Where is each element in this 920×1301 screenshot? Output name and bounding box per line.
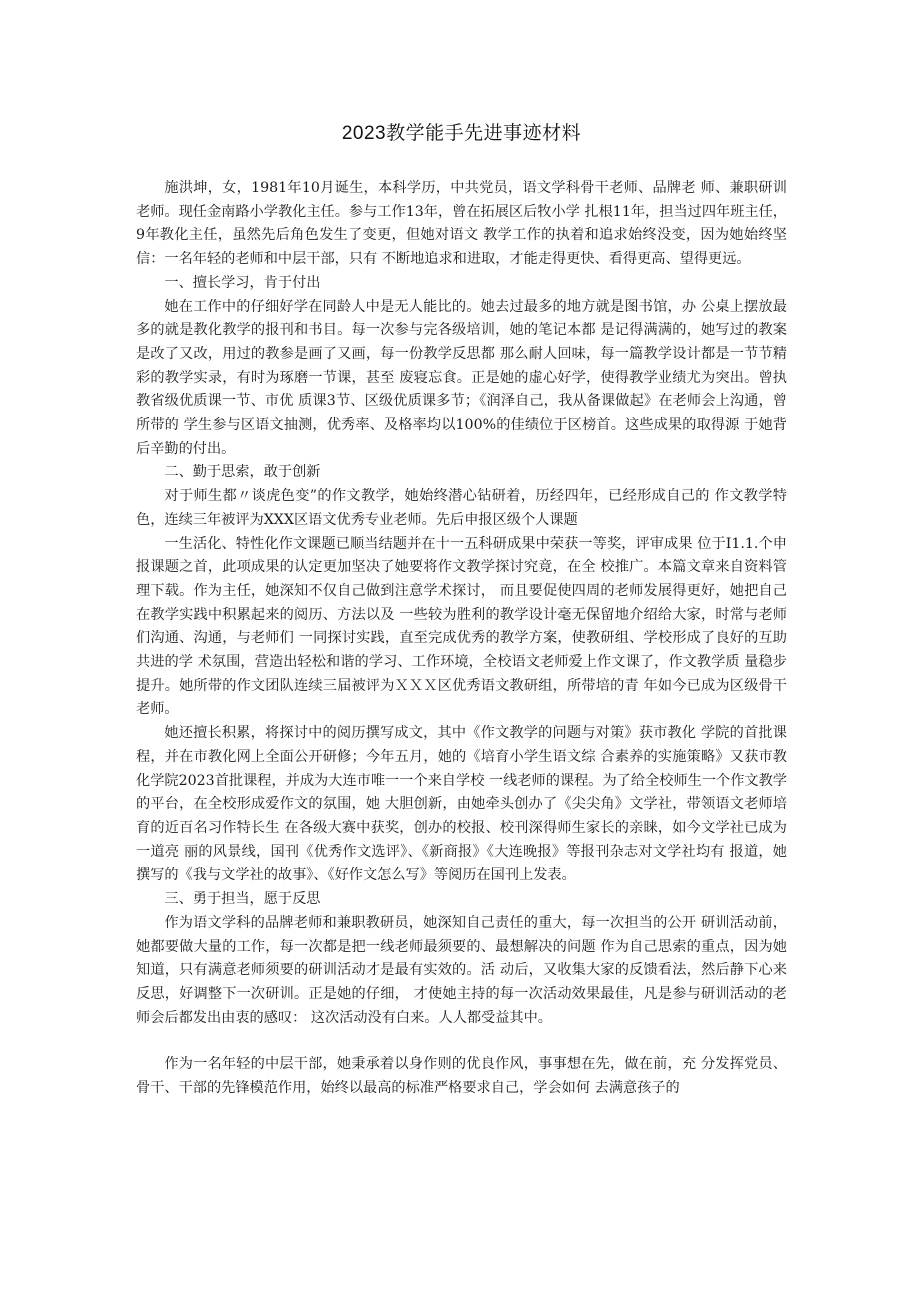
section-heading-2: 二、勤于思索，敢于创新 [136, 461, 787, 485]
paragraph-research: 一生活化、特性化作文课题已顺当结题并在十一五科研成果中荣获一等奖，评审成果 位于… [136, 533, 787, 723]
paragraph-intro: 施洪坤，女，1981年10月诞生，本科学历，中共党员，语文学科骨干老师、品牌老 … [136, 177, 787, 272]
paragraph-gap [136, 1030, 787, 1053]
paragraph-reflection: 作为语文学科的品牌老师和兼职教研员，她深知自己责任的重大，每一次担当的公开 研训… [136, 912, 787, 1031]
paragraph-writing: 她还擅长积累，将探讨中的阅历撰写成文，其中《作文教学的问题与对策》获市教化 学院… [136, 722, 787, 888]
document-title: 2023教学能手先进事迹材料 [136, 118, 787, 145]
section-heading-3: 三、勇于担当，愿于反思 [136, 888, 787, 912]
paragraph-study: 她在工作中的仔细好学在同龄人中是无人能比的。她去过最多的地方就是图书馆，办 公桌… [136, 296, 787, 462]
section-heading-1: 一、擅长学习，肯于付出 [136, 272, 787, 296]
document-body: 施洪坤，女，1981年10月诞生，本科学历，中共党员，语文学科骨干老师、品牌老 … [136, 177, 787, 1101]
paragraph-innovation: 对于师生都〃谈虎色变”的作文教学，她始终潜心钻研着，历经四年，已经形成自己的 作… [136, 485, 787, 532]
paragraph-leadership: 作为一名年轻的中层干部，她秉承着以身作则的优良作风，事事想在先，做在前，充 分发… [136, 1053, 787, 1100]
